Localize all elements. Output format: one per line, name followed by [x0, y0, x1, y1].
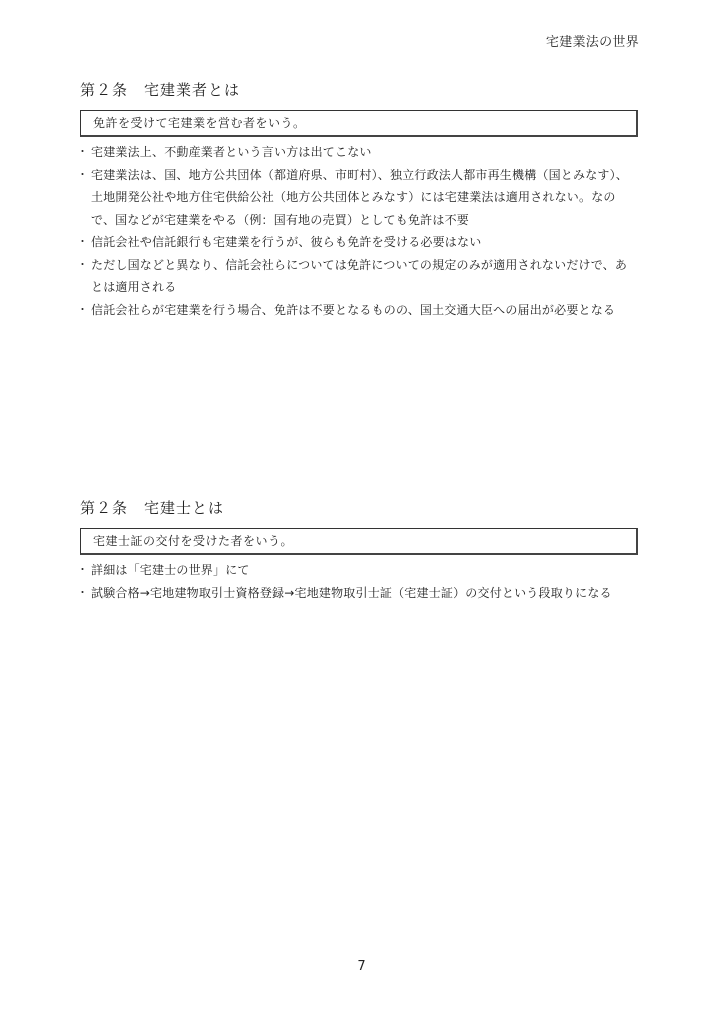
- definition-box: 免許を受けて宅建業を営む者をいう。: [80, 110, 638, 137]
- bullet-item: 試験合格→宅地建物取引士資格登録→宅地建物取引士証（宅建士証）の交付という段取り…: [80, 582, 638, 605]
- bullet-item: 宅建業法は、国、地方公共団体（都道府県、市町村）、独立行政法人都市再生機構（国と…: [80, 164, 638, 232]
- bullet-list: 宅建業法上、不動産業者という言い方は出てこない 宅建業法は、国、地方公共団体（都…: [80, 141, 638, 321]
- section-heading: 第２条 宅建業者とは: [80, 78, 638, 102]
- bullet-item: 詳細は「宅建士の世界」にて: [80, 559, 638, 582]
- bullet-item: 信託会社や信託銀行も宅建業を行うが、彼らも免許を受ける必要はない: [80, 231, 638, 254]
- page-number: 7: [0, 959, 723, 974]
- section-takkenshi: 第２条 宅建士とは 宅建士証の交付を受けた者をいう。 詳細は「宅建士の世界」にて…: [80, 496, 638, 604]
- bullet-item: 宅建業法上、不動産業者という言い方は出てこない: [80, 141, 638, 164]
- section-heading: 第２条 宅建士とは: [80, 496, 638, 520]
- bullet-list: 詳細は「宅建士の世界」にて 試験合格→宅地建物取引士資格登録→宅地建物取引士証（…: [80, 559, 638, 604]
- bullet-item: ただし国などと異なり、信託会社らについては免許についての規定のみが適用されないだ…: [80, 254, 638, 299]
- bullet-item: 信託会社らが宅建業を行う場合、免許は不要となるものの、国土交通大臣への届出が必要…: [80, 299, 638, 322]
- running-header: 宅建業法の世界: [546, 31, 639, 50]
- definition-box: 宅建士証の交付を受けた者をいう。: [80, 528, 638, 555]
- section-takken-gyosha: 第２条 宅建業者とは 免許を受けて宅建業を営む者をいう。 宅建業法上、不動産業者…: [80, 78, 638, 321]
